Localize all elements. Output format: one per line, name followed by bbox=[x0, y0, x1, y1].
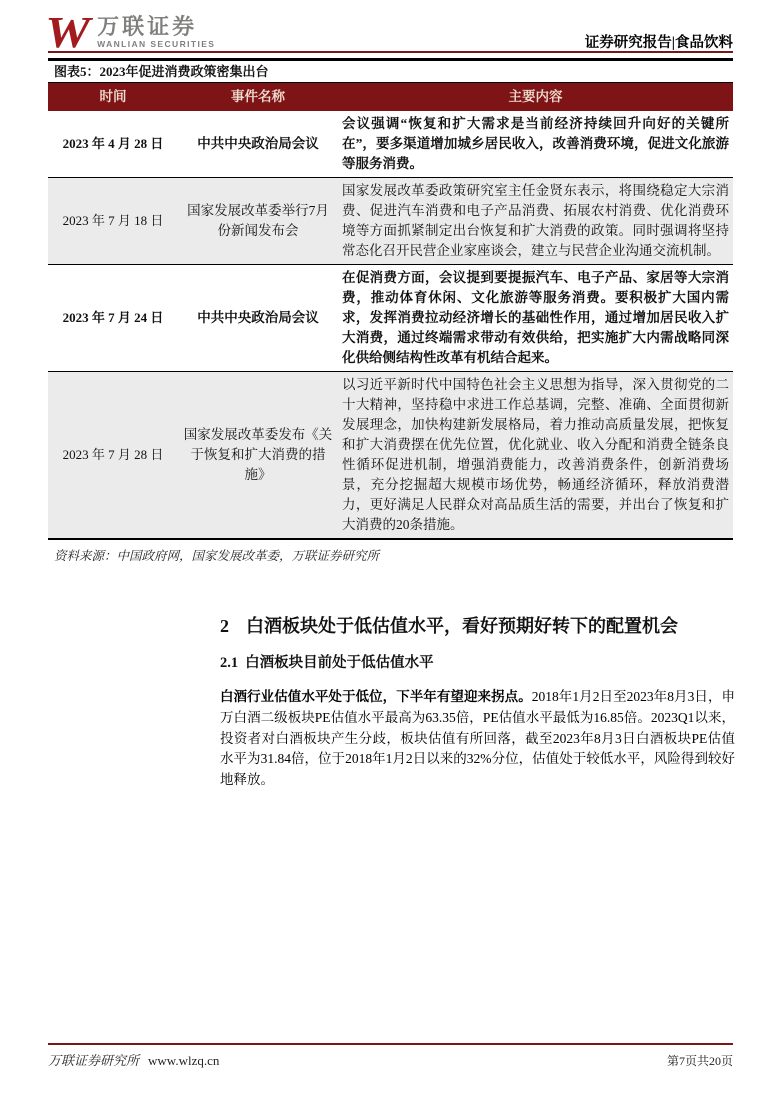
cell-event: 中共中央政治局会议 bbox=[178, 111, 338, 178]
footer-website: www.wlzq.cn bbox=[148, 1053, 219, 1068]
cell-event: 国家发展改革委发布《关于恢复和扩大消费的措施》 bbox=[178, 372, 338, 540]
table-header-row: 时间 事件名称 主要内容 bbox=[48, 83, 733, 111]
report-type-label: 证券研究报告|食品饮料 bbox=[585, 31, 733, 52]
subsection-heading: 2.1白酒板块目前处于低估值水平 bbox=[220, 651, 735, 672]
table-row: 2023 年 4 月 28 日 中共中央政治局会议 会议强调“恢复和扩大需求是当… bbox=[48, 111, 733, 178]
cell-content: 会议强调“恢复和扩大需求是当前经济持续回升向好的关键所在”，要多渠道增加城乡居民… bbox=[338, 111, 733, 178]
section-title: 白酒板块处于低估值水平，看好预期好转下的配置机会 bbox=[246, 616, 678, 636]
table-row: 2023 年 7 月 18 日 国家发展改革委举行7月份新闻发布会 国家发展改革… bbox=[48, 178, 733, 265]
cell-time: 2023 年 4 月 28 日 bbox=[48, 111, 178, 178]
footer-institute: 万联证券研究所 bbox=[48, 1053, 139, 1068]
column-header-event: 事件名称 bbox=[178, 83, 338, 111]
figure-block: 图表5：2023年促进消费政策密集出台 时间 事件名称 主要内容 2023 年 … bbox=[48, 58, 733, 564]
logo-text: 万联证券 WANLIAN SECURITIES bbox=[97, 15, 215, 50]
logo-name-cn: 万联证券 bbox=[97, 15, 215, 39]
page-number: 第7页共20页 bbox=[667, 1052, 733, 1069]
figure-caption: 图表5：2023年促进消费政策密集出台 bbox=[48, 61, 733, 83]
cell-event: 国家发展改革委举行7月份新闻发布会 bbox=[178, 178, 338, 265]
cell-time: 2023 年 7 月 28 日 bbox=[48, 372, 178, 540]
policy-table: 时间 事件名称 主要内容 2023 年 4 月 28 日 中共中央政治局会议 会… bbox=[48, 83, 733, 540]
table-row: 2023 年 7 月 28 日 国家发展改革委发布《关于恢复和扩大消费的措施》 … bbox=[48, 372, 733, 540]
section-number: 2 bbox=[220, 616, 229, 636]
cell-content: 在促消费方面，会议提到要提振汽车、电子产品、家居等大宗消费，推动体育休闲、文化旅… bbox=[338, 265, 733, 372]
footer-left: 万联证券研究所www.wlzq.cn bbox=[48, 1050, 219, 1069]
body-paragraph: 白酒行业估值水平处于低位，下半年有望迎来拐点。2018年1月2日至2023年8月… bbox=[220, 687, 735, 791]
report-page: W 万联证券 WANLIAN SECURITIES 证券研究报告|食品饮料 图表… bbox=[0, 0, 776, 1096]
column-header-time: 时间 bbox=[48, 83, 178, 111]
cell-time: 2023 年 7 月 24 日 bbox=[48, 265, 178, 372]
cell-content: 以习近平新时代中国特色社会主义思想为指导，深入贯彻党的二十大精神，坚持稳中求进工… bbox=[338, 372, 733, 540]
subsection-number: 2.1 bbox=[220, 655, 238, 671]
logo-w-icon: W bbox=[45, 13, 90, 53]
header-divider-rule bbox=[48, 51, 733, 53]
cell-event: 中共中央政治局会议 bbox=[178, 265, 338, 372]
source-note: 资料来源：中国政府网，国家发展改革委，万联证券研究所 bbox=[48, 546, 733, 564]
table-row: 2023 年 7 月 24 日 中共中央政治局会议 在促消费方面，会议提到要提振… bbox=[48, 265, 733, 372]
footer-divider-rule bbox=[48, 1043, 733, 1045]
subsection-title: 白酒板块目前处于低估值水平 bbox=[245, 655, 434, 671]
paragraph-lead-bold: 白酒行业估值水平处于低位，下半年有望迎来拐点。 bbox=[220, 689, 532, 704]
logo-name-en: WANLIAN SECURITIES bbox=[97, 39, 215, 50]
section-heading: 2白酒板块处于低估值水平，看好预期好转下的配置机会 bbox=[220, 612, 735, 638]
wanlian-logo: W 万联证券 WANLIAN SECURITIES bbox=[48, 13, 215, 53]
column-header-content: 主要内容 bbox=[338, 83, 733, 111]
cell-time: 2023 年 7 月 18 日 bbox=[48, 178, 178, 265]
cell-content: 国家发展改革委政策研究室主任金贤东表示，将围绕稳定大宗消费、促进汽车消费和电子产… bbox=[338, 178, 733, 265]
section-block: 2白酒板块处于低估值水平，看好预期好转下的配置机会 2.1白酒板块目前处于低估值… bbox=[220, 612, 735, 791]
